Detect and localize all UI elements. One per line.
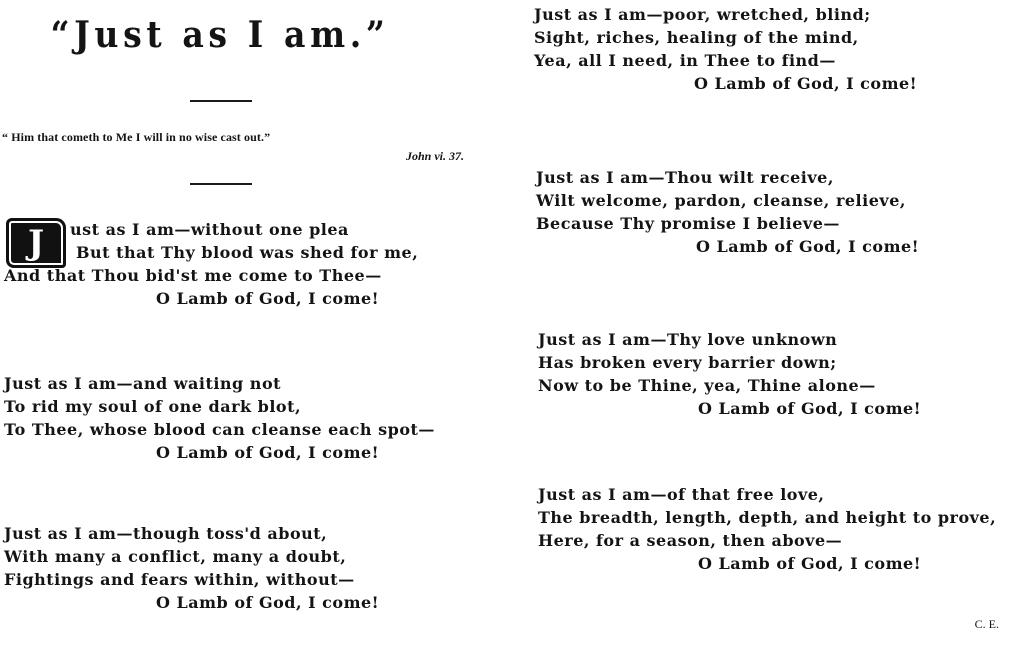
- stanza-line: Sight, riches, healing of the mind,: [534, 26, 917, 49]
- title-divider: [190, 100, 252, 102]
- stanza-line: Just as I am—and waiting not: [4, 372, 435, 395]
- stanza-3: Just as I am—though toss'd about, With m…: [4, 522, 379, 614]
- stanza-line: Yea, all I need, in Thee to find—: [534, 49, 917, 72]
- stanza-refrain: O Lamb of God, I come!: [536, 235, 919, 258]
- stanza-line: And that Thou bid'st me come to Thee—: [4, 264, 418, 287]
- stanza-line: Now to be Thine, yea, Thine alone—: [538, 374, 921, 397]
- stanza-line: Just as I am—Thy love unknown: [538, 328, 921, 351]
- hymn-title: “Just as I am.”: [18, 14, 423, 56]
- stanza-line: Wilt welcome, pardon, cleanse, relieve,: [536, 189, 919, 212]
- stanza-line: Just as I am—though toss'd about,: [4, 522, 379, 545]
- stanza-line: Just as I am—of that free love,: [538, 483, 996, 506]
- stanza-4: Just as I am—poor, wretched, blind; Sigh…: [534, 3, 917, 95]
- stanza-refrain: O Lamb of God, I come!: [4, 591, 379, 614]
- epigraph: “ Him that cometh to Me I will in no wis…: [2, 130, 270, 145]
- stanza-5: Just as I am—Thou wilt receive, Wilt wel…: [536, 166, 919, 258]
- stanza-refrain: O Lamb of God, I come!: [4, 287, 418, 310]
- scripture-citation: John vi. 37.: [264, 149, 464, 164]
- stanza-line: Just as I am—Thou wilt receive,: [536, 166, 919, 189]
- stanza-line: Fightings and fears within, without—: [4, 568, 379, 591]
- stanza-7: Just as I am—of that free love, The brea…: [538, 483, 996, 575]
- author-signature: C. E.: [975, 617, 999, 632]
- stanza-line: The breadth, length, depth, and height t…: [538, 506, 996, 529]
- stanza-2: Just as I am—and waiting not To rid my s…: [4, 372, 435, 464]
- stanza-refrain: O Lamb of God, I come!: [538, 397, 921, 420]
- stanza-line: Has broken every barrier down;: [538, 351, 921, 374]
- stanza-line: With many a conflict, many a doubt,: [4, 545, 379, 568]
- stanza-line: Just as I am—poor, wretched, blind;: [534, 3, 917, 26]
- stanza-line: To Thee, whose blood can cleanse each sp…: [4, 418, 435, 441]
- stanza-refrain: O Lamb of God, I come!: [538, 552, 996, 575]
- stanza-refrain: O Lamb of God, I come!: [534, 72, 917, 95]
- stanza-line: But that Thy blood was shed for me,: [4, 241, 418, 264]
- stanza-refrain: O Lamb of God, I come!: [4, 441, 435, 464]
- stanza-line: Because Thy promise I believe—: [536, 212, 919, 235]
- stanza-line: ust as I am—without one plea: [4, 218, 418, 241]
- stanza-6: Just as I am—Thy love unknown Has broken…: [538, 328, 921, 420]
- stanza-line: Here, for a season, then above—: [538, 529, 996, 552]
- stanza-line: To rid my soul of one dark blot,: [4, 395, 435, 418]
- stanza-1: ust as I am—without one plea But that Th…: [4, 218, 418, 310]
- epigraph-divider: [190, 183, 252, 185]
